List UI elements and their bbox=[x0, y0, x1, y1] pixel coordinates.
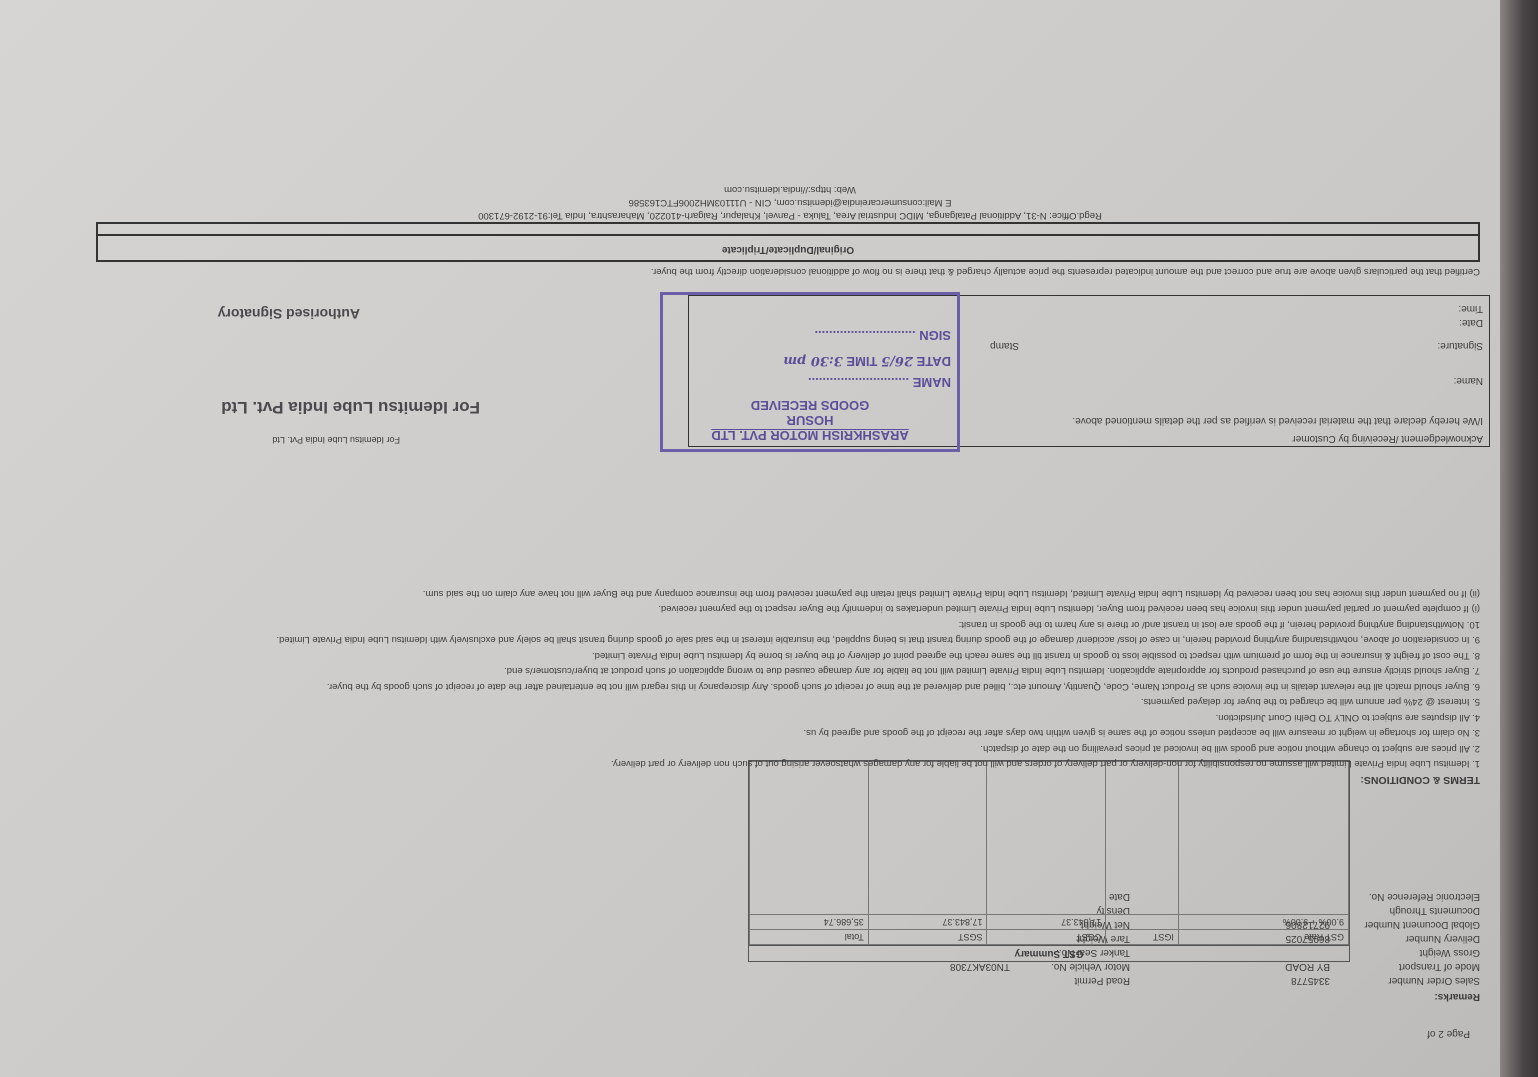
ack-declaration: I/We hereby declare that the material re… bbox=[1072, 415, 1483, 426]
footer-mail-cin: E Mail:consumercareindia@idemitsu.com, C… bbox=[100, 196, 1480, 209]
terms-and-conditions: TERMS & CONDITIONS: 1. Idemitsu Lube Ind… bbox=[140, 586, 1480, 788]
gst-header-row: GST Rate IGST CGST SGST Total bbox=[750, 930, 1349, 945]
term-item: 9. In consideration of above, notwithsta… bbox=[140, 632, 1480, 648]
for-company: For Idemitsu Lube India Pvt. Ltd bbox=[221, 397, 480, 417]
copy-type: Original/Duplicate/Triplicate bbox=[98, 244, 1478, 260]
ack-signature-field: Signature: bbox=[1437, 340, 1483, 351]
gst-summary-title: GST Summary bbox=[749, 945, 1349, 961]
stamp-label: Stamp bbox=[990, 340, 1019, 351]
page-label: Page 2 of bbox=[1427, 1028, 1470, 1039]
invoice-page-rotated: Page 2 of Remarks: Sales Order Number334… bbox=[0, 0, 1500, 1077]
terms-heading: TERMS & CONDITIONS: bbox=[140, 772, 1480, 788]
term-item: (i) If complete payment or partial payme… bbox=[140, 601, 1480, 617]
for-company-small: For Idemitsu Lube India Pvt. Ltd bbox=[272, 435, 400, 445]
ack-name-field: Name: bbox=[1454, 375, 1483, 386]
term-item: 5. Interest @ 24% per annum will be char… bbox=[140, 694, 1480, 710]
term-item: 4. All disputes are subject to ONLY TO D… bbox=[140, 710, 1480, 726]
term-item: 1. Idemitsu Lube India Private Limited w… bbox=[140, 756, 1480, 772]
term-item: 8. The cost of freight & insurance in th… bbox=[140, 648, 1480, 664]
remarks-label: Remarks: bbox=[1434, 991, 1480, 1002]
copy-type-box: Original/Duplicate/Triplicate bbox=[96, 234, 1480, 262]
detail-row: Road Permit bbox=[810, 973, 1130, 987]
ack-date-field: Date: bbox=[1459, 317, 1483, 328]
footer: Regd.Office: N-31, Additional Patalganga… bbox=[100, 183, 1480, 222]
authorised-signatory: Authorised Signatory bbox=[218, 306, 360, 322]
invoice-paper: Page 2 of Remarks: Sales Order Number334… bbox=[0, 0, 1500, 1077]
ack-heading: Acknowledgement /Receiving by Customer bbox=[1292, 433, 1483, 444]
term-item: 10. Notwithstanding anything provided he… bbox=[140, 617, 1480, 633]
term-item: 3. No claim for shortage in weight or me… bbox=[140, 725, 1480, 741]
term-item: 6. Buyer should match all the relevant d… bbox=[140, 679, 1480, 695]
goods-received-stamp: ARASHKRISH MOTOR PVT. LTD HOSUR GOODS RE… bbox=[660, 292, 960, 452]
certification-text: Certified that the particulars given abo… bbox=[140, 266, 1480, 277]
term-item: 2. All prices are subject to change with… bbox=[140, 741, 1480, 757]
gst-summary-table: GST Summary GST Rate IGST CGST SGST Tota… bbox=[748, 760, 1350, 962]
ack-time-field: Time: bbox=[1458, 303, 1483, 314]
footer-web: Web: https://india.idemitsu.com bbox=[100, 183, 1480, 196]
detail-row: Sales Order Number3345778 bbox=[1160, 973, 1480, 987]
term-item: 7. Buyer should strictly ensure the use … bbox=[140, 663, 1480, 679]
gst-value-row: 9.00% + 9.00% 17,843.37 17,843.37 35,686… bbox=[750, 915, 1349, 930]
term-item: (ii) If no payment under this invoice ha… bbox=[140, 586, 1480, 602]
footer-address: Regd.Office: N-31, Additional Patalganga… bbox=[100, 209, 1480, 222]
table-surface-edge bbox=[1500, 0, 1538, 1077]
